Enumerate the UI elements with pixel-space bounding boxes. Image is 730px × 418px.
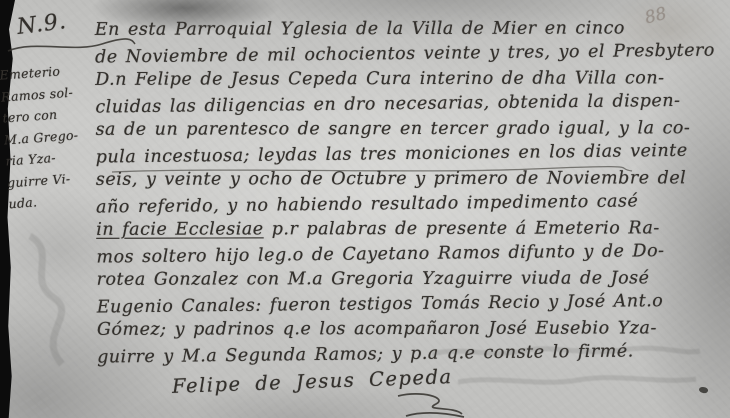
record-line-text: En esta Parroquial Yglesia de la Villa d… bbox=[95, 18, 625, 39]
record-line-text: pula incestuosa; leydas las tres monicio… bbox=[96, 141, 688, 168]
margin-note: Emeterio Ramos sol- tero con M.a Grego- … bbox=[0, 60, 81, 215]
record-line-text: sa de un parentesco de sangre en tercer … bbox=[96, 118, 691, 140]
record-line-text: cluidas las diligencias en dro necesaria… bbox=[95, 91, 680, 118]
record-line-text: mos soltero hijo leg.o de Cayetano Ramos… bbox=[96, 241, 664, 267]
signature-rubric bbox=[392, 392, 468, 418]
record-line-text: de Noviembre de mil ochocientos veinte y… bbox=[95, 41, 715, 68]
record-line-text: p.r palabras de presente á Emeterio Ra- bbox=[264, 218, 660, 239]
record-line-text: año referido, y no habiendo resultado im… bbox=[96, 191, 638, 217]
record-line-text: D.n Felipe de Jesus Cepeda Cura interino… bbox=[95, 68, 664, 89]
document-scan: N.9. 88 Emeterio Ramos sol- tero con M.a… bbox=[0, 0, 730, 418]
record-line-underlined-text: in facie Ecclesiae bbox=[96, 219, 263, 239]
entry-number: N.9. bbox=[16, 9, 69, 40]
margin-note-line: uda. bbox=[8, 188, 81, 214]
record-text: En esta Parroquial Yglesia de la Villa d… bbox=[95, 15, 719, 369]
record-line-text: guirre y M.a Segunda Ramos; y p.a q.e co… bbox=[97, 341, 634, 367]
signature: Felipe de Jesus Cepeda bbox=[172, 365, 453, 398]
record-line-text: Gómez; y padrinos q.e los acompañaron Jo… bbox=[97, 318, 657, 339]
record-line-text: rotea Gonzalez con M.a Gregoria Yzaguirr… bbox=[97, 268, 650, 289]
ink-blot bbox=[698, 386, 709, 395]
bleedthrough-smudge bbox=[458, 372, 698, 390]
record-line-text: Eugenio Canales: fueron testigos Tomás R… bbox=[97, 291, 664, 317]
record-line-text: seis, y veinte y ocho de Octubre y prime… bbox=[96, 168, 686, 190]
bleedthrough-smudge bbox=[18, 232, 88, 372]
